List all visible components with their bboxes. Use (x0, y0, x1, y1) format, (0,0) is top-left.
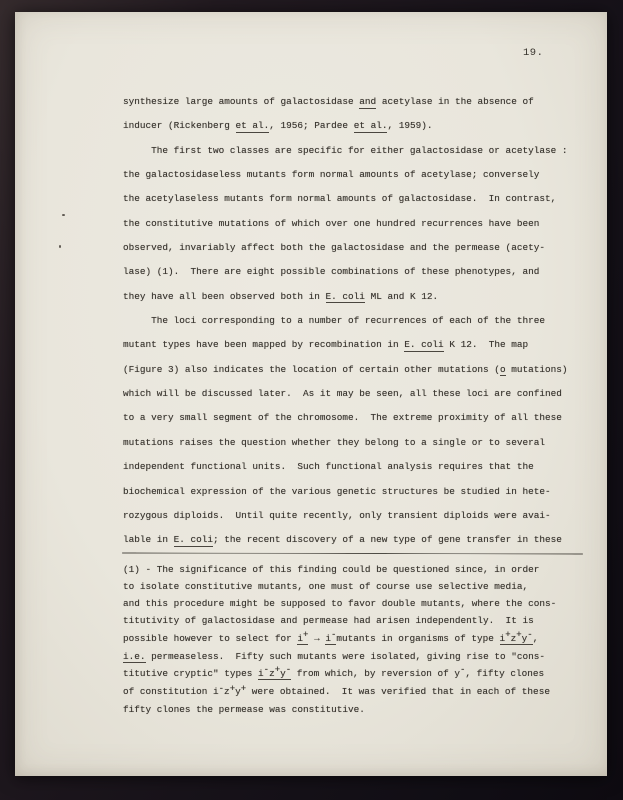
text-line: titutivity of galactosidase and permease… (123, 612, 595, 629)
text-line: mutant types have been mapped by recombi… (123, 333, 591, 357)
text-line: (1) - The significance of this finding c… (123, 561, 595, 578)
gene-notation: i+z+y- (500, 633, 533, 646)
superscript-text: - (219, 684, 224, 694)
text-line: The first two classes are specific for e… (123, 139, 591, 163)
text-line: which will be discussed later. As it may… (123, 382, 591, 406)
page-number: 19. (523, 47, 543, 59)
paper-speck (62, 214, 65, 216)
text-line: biochemical expression of the various ge… (123, 480, 591, 504)
text-line: the acetylaseless mutants form normal am… (123, 187, 591, 211)
text-line: to a very small segment of the chromosom… (123, 406, 591, 430)
text-line: to isolate constitutive mutants, one mus… (123, 578, 595, 595)
text-line: synthesize large amounts of galactosidas… (123, 90, 591, 114)
text-line: mutations raises the question whether th… (123, 431, 591, 455)
text-line: fifty clones the permease was constituti… (123, 701, 595, 718)
superscript-text: + (275, 665, 280, 675)
superscript-text: + (241, 684, 246, 694)
text-line: lase) (1). There are eight possible comb… (123, 260, 591, 284)
text-line: lable in E. coli; the recent discovery o… (123, 528, 591, 552)
body-text: synthesize large amounts of galactosidas… (123, 90, 591, 553)
text-line: and this procedure might be supposed to … (123, 595, 595, 612)
underlined-text: et al. (354, 120, 388, 133)
superscript-text: - (286, 665, 291, 675)
text-line: of constitution i-z+y+ were obtained. It… (123, 683, 595, 701)
paper-speck (59, 245, 61, 248)
gene-notation: i-z+y- (258, 668, 291, 681)
photo-background: 19. synthesize large amounts of galactos… (0, 0, 623, 800)
text-line: rozygous diploids. Until quite recently,… (123, 504, 591, 528)
superscript-text: + (230, 684, 235, 694)
gene-notation: i+ (297, 633, 308, 646)
underlined-text: and (359, 96, 376, 109)
underlined-text: E. coli (404, 339, 443, 352)
underlined-text: i.e. (123, 651, 146, 664)
text-line: they have all been observed both in E. c… (123, 285, 591, 309)
underlined-text: E. coli (326, 291, 365, 304)
superscript-text: + (505, 630, 510, 640)
superscript-text: - (264, 665, 269, 675)
superscript-text: - (527, 630, 532, 640)
text-line: The loci corresponding to a number of re… (123, 309, 591, 333)
footnote-separator (122, 553, 583, 555)
text-line: (Figure 3) also indicates the location o… (123, 358, 591, 382)
gene-notation: i- (325, 633, 336, 646)
superscript-text: - (460, 665, 465, 675)
underlined-text: o (500, 364, 506, 377)
text-line: independent functional units. Such funct… (123, 455, 591, 479)
text-line: possible however to select for i+ → i-mu… (123, 630, 595, 648)
footnote-text: (1) - The significance of this finding c… (123, 561, 595, 718)
underlined-text: E. coli (174, 534, 213, 547)
superscript-text: + (303, 630, 308, 640)
superscript-text: + (516, 630, 521, 640)
text-line: inducer (Rickenberg et al., 1956; Pardee… (123, 114, 591, 138)
text-line: observed, invariably affect both the gal… (123, 236, 591, 260)
underlined-text: et al. (236, 120, 270, 133)
text-line: the constitutive mutations of which over… (123, 212, 591, 236)
text-line: titutive cryptic" types i-z+y- from whic… (123, 665, 595, 683)
superscript-text: - (331, 630, 336, 640)
text-line: i.e. permeaseless. Fifty such mutants we… (123, 648, 595, 665)
text-line: the galactosidaseless mutants form norma… (123, 163, 591, 187)
page-sheet: 19. synthesize large amounts of galactos… (15, 12, 607, 776)
